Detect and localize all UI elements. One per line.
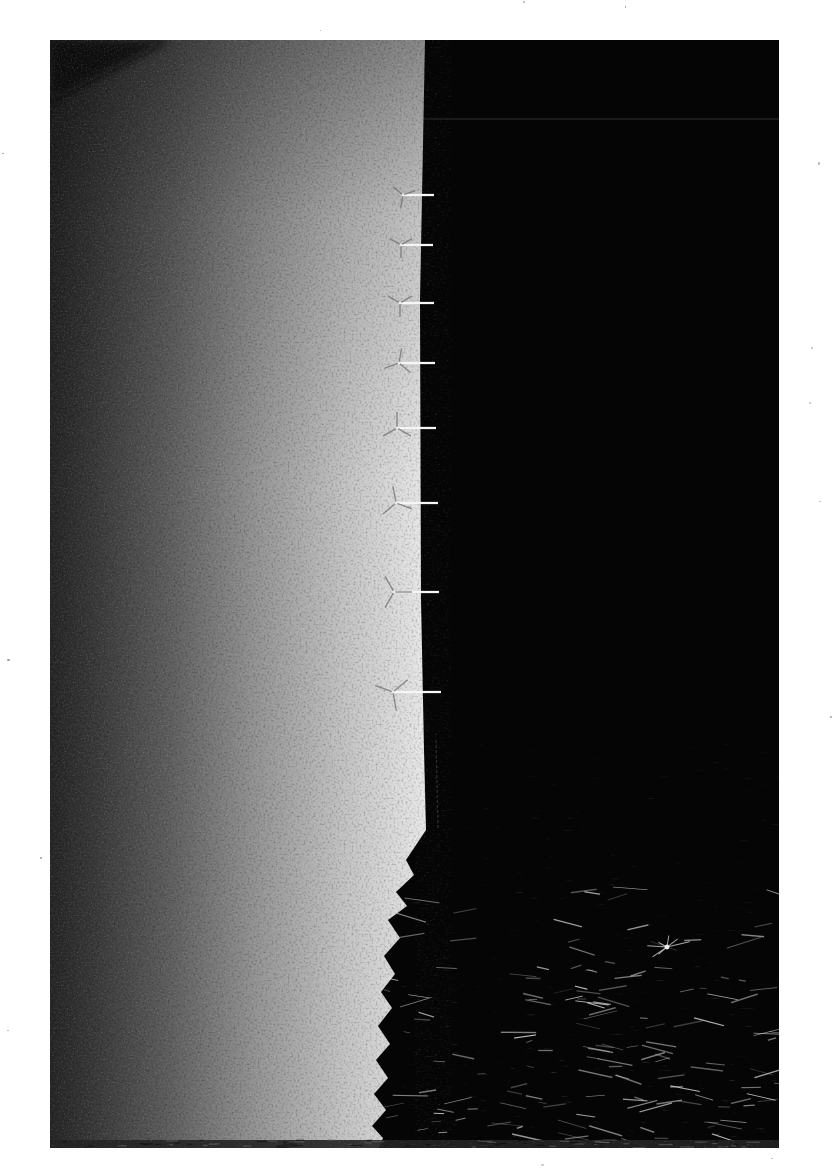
turbine-hub: [398, 362, 401, 365]
dust-speck: [40, 857, 42, 859]
dust-speck: [2, 153, 3, 154]
stubble-line: [684, 940, 701, 941]
stubble-line: [670, 1086, 683, 1087]
turbine-hub: [402, 194, 405, 197]
dust-speck: [818, 162, 820, 164]
stubble-line: [478, 1074, 486, 1075]
dust-speck: [771, 1158, 773, 1160]
photo-canvas: [50, 40, 779, 1148]
dust-speck: [809, 402, 811, 404]
turbine-hub: [399, 302, 402, 305]
dust-speck: [523, 1, 525, 3]
photograph: [50, 40, 779, 1148]
film-grain-light: [50, 40, 442, 1148]
photo-bottom-edge-band: [50, 1140, 779, 1148]
dust-speck: [625, 6, 627, 8]
dust-speck: [7, 1030, 8, 1031]
stubble-noise: [402, 740, 779, 1148]
dust-speck: [541, 1164, 543, 1166]
stubble-line: [744, 1105, 755, 1106]
stubble-line: [393, 1095, 428, 1096]
turbine-hub: [393, 591, 396, 594]
turbine-hub: [396, 427, 399, 430]
stubble-line: [414, 1019, 430, 1020]
dust-speck: [819, 501, 821, 503]
dust-speck: [7, 659, 10, 662]
turbine-hub: [400, 244, 403, 247]
dust-speck: [320, 30, 321, 31]
dust-speck: [811, 347, 813, 349]
ground-layer: [372, 40, 779, 1148]
turbine-hub: [395, 502, 398, 505]
debris-core: [665, 945, 670, 950]
turbine-hub: [392, 691, 395, 694]
scanned-page: [0, 0, 832, 1169]
